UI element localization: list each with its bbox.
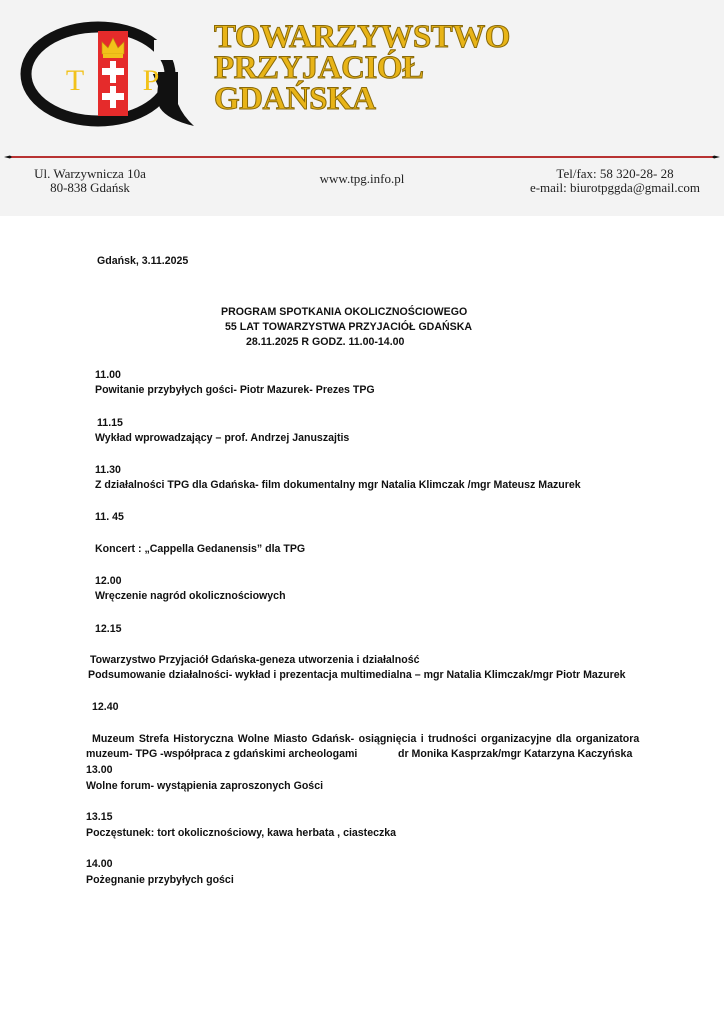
place-date: Gdańsk, 3.11.2025 xyxy=(97,255,188,268)
program-item: Poczęstunek: tort okolicznościowy, kawa … xyxy=(86,827,396,840)
program-time: 12.40 xyxy=(92,701,119,714)
program-item: Podsumowanie działalności- wykład i prez… xyxy=(88,669,626,682)
program-item: Wręczenie nagród okolicznościowych xyxy=(95,590,286,603)
program-item: Z działalności TPG dla Gdańska- film dok… xyxy=(95,479,581,492)
program-time: 11.00 xyxy=(95,369,121,382)
title-line-2: 55 LAT TOWARZYSTWA PRZYJACIÓŁ GDAŃSKA xyxy=(225,321,472,334)
program-item-speakers: dr Monika Kasprzak/mgr Katarzyna Kaczyńs… xyxy=(398,748,632,761)
program-item: Wolne forum- wystąpienia zaproszonych Go… xyxy=(86,780,323,793)
program-time: 11. 45 xyxy=(95,511,124,524)
program-item: Muzeum Strefa Historyczna Wolne Miasto G… xyxy=(92,733,639,746)
program-time: 13.00 xyxy=(86,764,113,777)
program-time: 13.15 xyxy=(86,811,113,824)
program-time: 14.00 xyxy=(86,858,113,871)
program-item: muzeum- TPG -współpraca z gdańskimi arch… xyxy=(86,748,357,761)
program-item: Wykład wprowadzający – prof. Andrzej Jan… xyxy=(95,432,349,445)
program-time: 11.15 xyxy=(97,417,123,430)
title-line-3: 28.11.2025 R GODZ. 11.00-14.00 xyxy=(246,336,404,349)
program-item: Koncert : „Cappella Gedanensis” dla TPG xyxy=(95,543,305,556)
document-body: Gdańsk, 3.11.2025 PROGRAM SPOTKANIA OKOL… xyxy=(0,0,724,1024)
title-line-1: PROGRAM SPOTKANIA OKOLICZNOŚCIOWEGO xyxy=(221,306,467,319)
program-item: Towarzystwo Przyjaciół Gdańska-geneza ut… xyxy=(90,654,419,667)
program-time: 12.15 xyxy=(95,623,122,636)
program-item: Pożegnanie przybyłych gości xyxy=(86,874,234,887)
program-item: Powitanie przybyłych gości- Piotr Mazure… xyxy=(95,384,375,397)
program-time: 11.30 xyxy=(95,464,121,477)
program-time: 12.00 xyxy=(95,575,122,588)
